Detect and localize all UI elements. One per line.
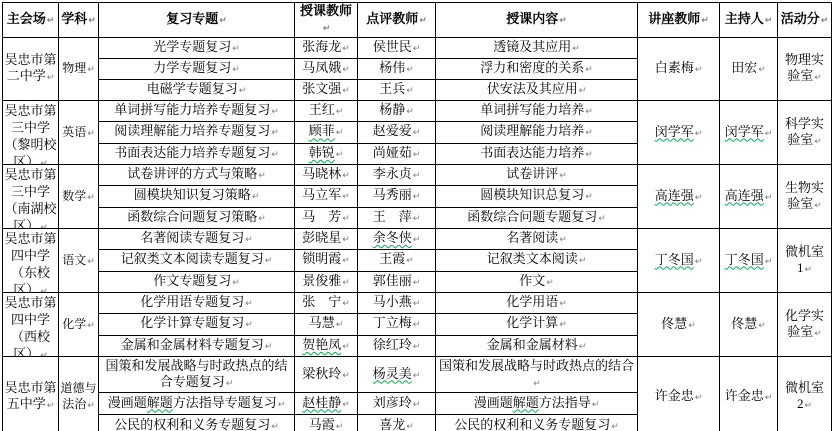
paragraph-mark-icon: ↵ (533, 379, 541, 389)
cell-venue[interactable]: 吴忠市第 三中学 （南湖校 区）↵ (3, 165, 59, 229)
cell-reviewer[interactable]: 王兵↵ (358, 80, 436, 101)
cell-lecturer[interactable]: 锁明霞↵ (295, 250, 358, 271)
cell-text: 公民的权利和义务专题复习 (114, 417, 270, 431)
paragraph-mark-icon: ↵ (265, 342, 273, 352)
cell-text: 彭晓星 (302, 230, 341, 245)
spellcheck-squiggle-text: 解题 (147, 395, 173, 410)
cell-text: 马晓林 (302, 166, 341, 181)
paragraph-mark-icon: ↵ (87, 129, 95, 139)
cell-content[interactable]: 化学计算↵ (436, 314, 638, 335)
cell-text: 物理 (62, 61, 86, 75)
paragraph-mark-icon: ↵ (765, 129, 773, 139)
paragraph-mark-icon: ↵ (342, 65, 350, 75)
paragraph-mark-icon: ↵ (572, 44, 580, 54)
cell-text: 佟慧 (731, 316, 757, 331)
document-canvas: 主会场↵学科↵复习专题↵授课教师↵点评教师↵授课内容↵讲座教师↵主持人↵活动分↵… (0, 0, 840, 431)
paragraph-mark-icon: ↵ (814, 201, 822, 211)
table-row: 吴忠市第 二中学↵物理↵光学专题复习↵张海龙↵侯世民↵透镜及其应用↵白素梅↵田宏… (3, 38, 832, 59)
cell-room[interactable]: 微机室 1↵ (778, 229, 832, 293)
cell-content[interactable]: 伏安法及其应用↵ (436, 80, 638, 101)
cell-text: 李永贞 (373, 166, 412, 181)
cell-text: 名著阅读 (506, 230, 558, 245)
cell-room[interactable]: 生物实 验室↵ (778, 165, 832, 229)
cell-venue[interactable]: 吴忠市第 五中学↵ (3, 357, 59, 431)
cell-content[interactable]: 化学用语↵ (436, 293, 638, 314)
cell-reviewer[interactable]: 尚娅茹↵ (358, 143, 436, 164)
paragraph-mark-icon: ↵ (559, 171, 567, 181)
col-header-speaker[interactable]: 讲座教师↵ (638, 3, 720, 38)
paragraph-mark-icon: ↵ (245, 299, 253, 309)
paragraph-mark-icon: ↵ (342, 44, 350, 54)
cell-text: 电磁学专题复习 (147, 81, 238, 96)
paragraph-mark-icon: ↵ (413, 150, 421, 160)
cell-text: 尚娅茹 (373, 145, 412, 160)
paragraph-mark-icon: ↵ (406, 256, 414, 266)
cell-content[interactable]: 名著阅读↵ (436, 229, 638, 250)
spellcheck-squiggle-text: 解题 (513, 395, 539, 410)
cell-lecturer[interactable]: 景俊雅↵ (295, 271, 358, 292)
cell-subject[interactable]: 语文↵ (59, 229, 99, 293)
cell-topic[interactable]: 光学专题复习↵ (99, 38, 295, 59)
paragraph-mark-icon: ↵ (413, 371, 421, 381)
cell-topic[interactable]: 作文专题复习↵ (99, 271, 295, 292)
paragraph-mark-icon: ↵ (695, 129, 703, 139)
paragraph-mark-icon: ↵ (413, 342, 421, 352)
paragraph-mark-icon: ↵ (265, 256, 273, 266)
cell-topic[interactable]: 圆模块知识复习策略↵ (99, 186, 295, 207)
cell-text: 单词拼写能力培养专题复习 (114, 102, 270, 117)
cell-text: 公民的权利和义务专题复习 (454, 417, 610, 431)
paragraph-mark-icon: ↵ (585, 128, 593, 138)
paragraph-mark-icon: ↵ (342, 214, 350, 224)
col-header-topic[interactable]: 复习专题↵ (99, 3, 295, 38)
paragraph-mark-icon: ↵ (342, 171, 350, 181)
venue-text-wrap: 吴忠市第 四中学 （东校 区）↵ (4, 229, 57, 292)
cell-reviewer[interactable]: 喜龙↵ (358, 415, 436, 431)
cell-text: 王红 (309, 102, 335, 117)
cell-room[interactable]: 科学实 验室↵ (778, 101, 832, 165)
cell-topic[interactable]: 力学专题复习↵ (99, 59, 295, 80)
cell-text: 赵爱爱 (373, 123, 412, 138)
cell-content[interactable]: 公民的权利和义务专题复习↵ (436, 415, 638, 431)
paragraph-mark-icon: ↵ (342, 192, 350, 202)
paragraph-mark-icon: ↵ (258, 171, 266, 181)
cell-text: 光学专题复习 (153, 39, 231, 54)
cell-content[interactable]: 单词拼写能力培养↵ (436, 101, 638, 122)
cell-text: 马 芳 (302, 209, 341, 224)
cell-text: 伏安法及其应用 (487, 81, 578, 96)
header-row: 主会场↵学科↵复习专题↵授课教师↵点评教师↵授课内容↵讲座教师↵主持人↵活动分↵ (3, 3, 832, 38)
cell-lecturer[interactable]: 马凤娥↵ (295, 59, 358, 80)
cell-text: 函数综合问题专题复习 (467, 209, 597, 224)
cell-lecturer[interactable]: 马立军↵ (295, 186, 358, 207)
cell-text: 徐红玲 (373, 337, 412, 352)
cell-host[interactable]: 闵学军↵ (720, 101, 778, 165)
cell-text: 闵学军 (655, 124, 694, 139)
paragraph-mark-icon: ↵ (695, 193, 703, 203)
cell-topic[interactable]: 记叙类文本阅读专题复习↵ (99, 250, 295, 271)
col-header-content[interactable]: 授课内容↵ (436, 3, 638, 38)
cell-topic[interactable]: 名著阅读专题复习↵ (99, 229, 295, 250)
cell-reviewer[interactable]: 赵爱爱↵ (358, 122, 436, 143)
schedule-table: 主会场↵学科↵复习专题↵授课教师↵点评教师↵授课内容↵讲座教师↵主持人↵活动分↵… (2, 2, 832, 431)
paragraph-mark-icon: ↵ (336, 128, 344, 138)
cell-topic[interactable]: 单词拼写能力培养专题复习↵ (99, 101, 295, 122)
cell-room[interactable]: 化学实 验室↵ (778, 293, 832, 357)
cell-host[interactable]: 许金忠↵ (720, 357, 778, 431)
cell-text: 化学用语 (506, 294, 558, 309)
paragraph-mark-icon: ↵ (758, 321, 766, 331)
paragraph-mark-icon: ↵ (804, 401, 812, 411)
paragraph-mark-icon: ↵ (579, 256, 587, 266)
cell-subject[interactable]: 物理↵ (59, 38, 99, 101)
cell-lecturer[interactable]: 马晓林↵ (295, 165, 358, 186)
cell-lecturer[interactable]: 赵桂静↵ (295, 393, 358, 415)
cell-text: 吴忠市第 四中学 （西校 区） (4, 295, 56, 356)
cell-text: 化学计算专题复习 (140, 315, 244, 330)
cell-text: 马凤娥 (302, 60, 341, 75)
cell-text: 讲座教师 (648, 11, 700, 26)
cell-text: 高连强 (725, 188, 764, 203)
cell-lecturer[interactable]: 马 芳↵ (295, 207, 358, 228)
paragraph-mark-icon: ↵ (598, 214, 606, 224)
cell-text: 授课内容 (506, 11, 558, 26)
cell-speaker[interactable]: 佟慧↵ (638, 293, 720, 357)
cell-content[interactable]: 书面表达能力培养↵ (436, 143, 638, 164)
paragraph-mark-icon: ↵ (611, 422, 619, 431)
cell-text: 贺艳凤 (302, 337, 341, 352)
cell-text: 许金忠 (725, 388, 764, 403)
cell-lecturer[interactable]: 顾菲↵ (295, 122, 358, 143)
paragraph-mark-icon: ↵ (695, 65, 703, 75)
cell-text: 复习专题 (166, 11, 218, 26)
col-header-lecturer[interactable]: 授课教师↵ (295, 3, 358, 38)
cell-topic[interactable]: 金属和金属材料专题复习↵ (99, 335, 295, 356)
cell-text: 锁明霞 (302, 251, 341, 266)
cell-reviewer[interactable]: 马秀丽↵ (358, 186, 436, 207)
paragraph-mark-icon: ↵ (413, 278, 421, 288)
cell-topic[interactable]: 阅读理解能力培养专题复习↵ (99, 122, 295, 143)
cell-content[interactable]: 透镜及其应用↵ (436, 38, 638, 59)
cell-topic[interactable]: 漫画题解题方法指导专题复习↵ (99, 393, 295, 415)
cell-text: 活动分 (781, 11, 820, 26)
paragraph-mark-icon: ↵ (336, 150, 344, 160)
cell-text: 作文 (519, 273, 545, 288)
cell-text: 点评教师 (366, 11, 418, 26)
col-header-subject[interactable]: 学科↵ (59, 3, 99, 38)
cell-content[interactable]: 漫画题解题方法指导↵ (436, 393, 638, 415)
paragraph-mark-icon: ↵ (413, 171, 421, 181)
cell-topic[interactable]: 函数综合问题复习策略↵ (99, 207, 295, 228)
cell-text: 记叙类文本阅读专题复习 (121, 251, 264, 266)
cell-text: 许金忠 (655, 388, 694, 403)
cell-text: 语文 (62, 253, 86, 267)
paragraph-mark-icon: ↵ (342, 400, 350, 410)
cell-content[interactable]: 阅读理解能力培养↵ (436, 122, 638, 143)
cell-text: 张海龙 (302, 39, 341, 54)
venue-text-wrap: 吴忠市第 三中学 （南湖校 区）↵ (4, 165, 57, 228)
cell-text: 郭佳丽 (373, 273, 412, 288)
cell-content[interactable]: 国策和发展战略与时政热点的结合↵ (436, 357, 638, 393)
paragraph-mark-icon: ↵ (413, 214, 421, 224)
cell-text: 单词拼写能力培养 (480, 102, 584, 117)
cell-lecturer[interactable]: 贺艳凤↵ (295, 335, 358, 356)
cell-text: 书面表达能力培养专题复习 (114, 145, 270, 160)
paragraph-mark-icon: ↵ (765, 393, 773, 403)
cell-text: 透镜及其应用 (493, 39, 571, 54)
cell-text: 化学 (62, 317, 86, 331)
col-header-room[interactable]: 活动分↵ (778, 3, 832, 38)
paragraph-mark-icon: ↵ (40, 287, 48, 292)
paragraph-mark-icon: ↵ (688, 321, 696, 331)
paragraph-mark-icon: ↵ (413, 128, 421, 138)
paragraph-mark-icon: ↵ (252, 192, 260, 202)
col-header-venue[interactable]: 主会场↵ (3, 3, 59, 38)
cell-venue[interactable]: 吴忠市第 四中学 （西校 区）↵ (3, 293, 59, 357)
paragraph-mark-icon: ↵ (559, 320, 567, 330)
cell-lecturer[interactable]: 韩锐↵ (295, 143, 358, 164)
cell-speaker[interactable]: 许金忠↵ (638, 357, 720, 431)
cell-text: 张 宁 (302, 294, 341, 309)
paragraph-mark-icon: ↵ (258, 214, 266, 224)
cell-text: 浮力和密度的关系 (480, 60, 584, 75)
paragraph-mark-icon: ↵ (546, 278, 554, 288)
paragraph-mark-icon: ↵ (814, 329, 822, 339)
cell-reviewer[interactable]: 刘彦玲↵ (358, 393, 436, 415)
cell-topic[interactable]: 公民的权利和义务专题复习↵ (99, 415, 295, 431)
cell-text: 马小燕 (373, 294, 412, 309)
cell-content[interactable]: 金属和金属材料↵ (436, 335, 638, 356)
paragraph-mark-icon: ↵ (336, 422, 344, 431)
cell-content[interactable]: 浮力和密度的关系↵ (436, 59, 638, 80)
paragraph-mark-icon: ↵ (245, 235, 253, 245)
venue-text-wrap: 主会场↵ (5, 11, 56, 29)
paragraph-mark-icon: ↵ (232, 278, 240, 288)
col-header-host[interactable]: 主持人↵ (720, 3, 778, 38)
paragraph-mark-icon: ↵ (232, 65, 240, 75)
paragraph-mark-icon: ↵ (814, 73, 822, 83)
cell-text: 王兵 (379, 81, 405, 96)
paragraph-mark-icon: ↵ (559, 299, 567, 309)
cell-topic[interactable]: 国策和发展战略与时政热点的结 合专题复习↵ (99, 357, 295, 393)
cell-reviewer[interactable]: 杨静↵ (358, 101, 436, 122)
cell-text: 圆模块知识复习策略 (134, 187, 251, 202)
cell-topic[interactable]: 电磁学专题复习↵ (99, 80, 295, 101)
paragraph-mark-icon: ↵ (559, 235, 567, 245)
cell-text: 化学计算 (506, 315, 558, 330)
cell-content[interactable]: 函数综合问题专题复习↵ (436, 207, 638, 228)
cell-subject[interactable]: 数学↵ (59, 165, 99, 229)
cell-text: 授课教师 (300, 3, 352, 18)
cell-topic[interactable]: 化学计算专题复习↵ (99, 314, 295, 335)
paragraph-mark-icon: ↵ (814, 137, 822, 147)
cell-text: 金属和金属材料专题复习 (121, 337, 264, 352)
venue-text-wrap: 吴忠市第 三中学 （黎明校 区）↵ (4, 101, 57, 164)
cell-text: 国策和发展战略与时政热点的结合 (439, 358, 634, 373)
cell-reviewer[interactable]: 余冬侠↵ (358, 229, 436, 250)
paragraph-mark-icon: ↵ (413, 44, 421, 54)
cell-reviewer[interactable]: 马小燕↵ (358, 293, 436, 314)
paragraph-mark-icon: ↵ (87, 193, 95, 203)
paragraph-mark-icon: ↵ (342, 371, 350, 381)
paragraph-mark-icon: ↵ (271, 422, 279, 431)
cell-text: 试卷讲评的方式与策略 (127, 166, 257, 181)
paragraph-mark-icon: ↵ (579, 342, 587, 352)
cell-lecturer[interactable]: 张文强↵ (295, 80, 358, 101)
cell-text: 学科 (61, 11, 87, 26)
cell-lecturer[interactable]: 张海龙↵ (295, 38, 358, 59)
cell-text: 金属和金属材料 (487, 337, 578, 352)
cell-text: 马慧 (309, 315, 335, 330)
cell-text: 韩锐 (309, 145, 335, 160)
paragraph-mark-icon: ↵ (585, 150, 593, 160)
col-header-reviewer[interactable]: 点评教师↵ (358, 3, 436, 38)
cell-lecturer[interactable]: 张 宁↵ (295, 293, 358, 314)
cell-topic[interactable]: 化学用语专题复习↵ (99, 293, 295, 314)
paragraph-mark-icon: ↵ (342, 278, 350, 288)
paragraph-mark-icon: ↵ (47, 16, 55, 26)
cell-text: 作文专题复习 (153, 273, 231, 288)
cell-venue[interactable]: 吴忠市第 二中学↵ (3, 38, 59, 101)
cell-text: 数学 (62, 189, 86, 203)
cell-lecturer[interactable]: 王红↵ (295, 101, 358, 122)
cell-text: 丁立梅 (373, 315, 412, 330)
cell-text: 佟慧 (661, 316, 687, 331)
paragraph-mark-icon: ↵ (40, 223, 48, 228)
paragraph-mark-icon: ↵ (413, 299, 421, 309)
paragraph-mark-icon: ↵ (342, 342, 350, 352)
cell-subject[interactable]: 道德与 法治↵ (59, 357, 99, 431)
cell-text: 漫画题解题方法指导 (474, 395, 591, 410)
cell-text: 景俊雅 (302, 273, 341, 288)
table-row: 吴忠市第 五中学↵道德与 法治↵国策和发展战略与时政热点的结 合专题复习↵梁秋玲… (3, 357, 832, 393)
paragraph-mark-icon: ↵ (419, 16, 427, 26)
cell-reviewer[interactable]: 侯世民↵ (358, 38, 436, 59)
table-row: 吴忠市第 三中学 （黎明校 区）↵英语↵单词拼写能力培养专题复习↵王红↵杨静↵单… (3, 101, 832, 122)
cell-topic[interactable]: 试卷讲评的方式与策略↵ (99, 165, 295, 186)
paragraph-mark-icon: ↵ (585, 65, 593, 75)
cell-venue[interactable]: 吴忠市第 四中学 （东校 区）↵ (3, 229, 59, 293)
cell-topic[interactable]: 书面表达能力培养专题复习↵ (99, 143, 295, 164)
cell-host[interactable]: 高连强↵ (720, 165, 778, 229)
cell-venue[interactable]: 吴忠市第 三中学 （黎明校 区）↵ (3, 101, 59, 165)
paragraph-mark-icon: ↵ (271, 107, 279, 117)
cell-speaker[interactable]: 丁冬国↵ (638, 229, 720, 293)
cell-text: 试卷讲评 (506, 166, 558, 181)
cell-text: 漫画题解题方法指导专题复习 (108, 395, 277, 410)
paragraph-mark-icon: ↵ (40, 159, 48, 164)
cell-text: 白素梅 (655, 60, 694, 75)
cell-speaker[interactable]: 白素梅↵ (638, 38, 720, 101)
paragraph-mark-icon: ↵ (342, 256, 350, 266)
paragraph-mark-icon: ↵ (585, 107, 593, 117)
table-row: 吴忠市第 四中学 （东校 区）↵语文↵名著阅读专题复习↵彭晓星↵余冬侠↵名著阅读… (3, 229, 832, 250)
cell-reviewer[interactable]: 杨伟↵ (358, 59, 436, 80)
paragraph-mark-icon: ↵ (413, 235, 421, 245)
cell-text: 顾菲 (309, 123, 335, 138)
paragraph-mark-icon: ↵ (765, 193, 773, 203)
cell-text: 吴忠市第 三中学 （南湖校 区） (4, 167, 56, 228)
cell-text: 喜龙 (379, 417, 405, 431)
cell-text: 杨灵美 (373, 366, 412, 381)
cell-content[interactable]: 圆模块知识总复习↵ (436, 186, 638, 207)
cell-subject[interactable]: 英语↵ (59, 101, 99, 165)
paragraph-mark-icon: ↵ (579, 86, 587, 96)
cell-text: 记叙类文本阅读 (487, 251, 578, 266)
cell-reviewer[interactable]: 徐红玲↵ (358, 335, 436, 356)
paragraph-mark-icon: ↵ (701, 16, 709, 26)
paragraph-mark-icon: ↵ (87, 257, 95, 267)
cell-lecturer[interactable]: 彭晓星↵ (295, 229, 358, 250)
paragraph-mark-icon: ↵ (271, 128, 279, 138)
paragraph-mark-icon: ↵ (559, 16, 567, 26)
cell-speaker[interactable]: 高连强↵ (638, 165, 720, 229)
cell-lecturer[interactable]: 马慧↵ (295, 314, 358, 335)
cell-text: 丁冬国 (725, 252, 764, 267)
cell-reviewer[interactable]: 王霞↵ (358, 250, 436, 271)
paragraph-mark-icon: ↵ (821, 16, 829, 26)
paragraph-mark-icon: ↵ (219, 16, 227, 26)
cell-text: 侯世民 (373, 39, 412, 54)
cell-content[interactable]: 作文↵ (436, 271, 638, 292)
cell-subject[interactable]: 化学↵ (59, 293, 99, 357)
cell-text: 张文强 (302, 81, 341, 96)
paragraph-mark-icon: ↵ (406, 107, 414, 117)
cell-text: 丁冬国 (655, 252, 694, 267)
cell-reviewer[interactable]: 王 萍↵ (358, 207, 436, 228)
cell-reviewer[interactable]: 郭佳丽↵ (358, 271, 436, 292)
paragraph-mark-icon: ↵ (758, 65, 766, 75)
venue-text-wrap: 吴忠市第 五中学↵ (4, 380, 57, 414)
cell-reviewer[interactable]: 杨灵美↵ (358, 357, 436, 393)
paragraph-mark-icon: ↵ (765, 257, 773, 267)
cell-lecturer[interactable]: 梁秋玲↵ (295, 357, 358, 393)
paragraph-mark-icon: ↵ (342, 235, 350, 245)
cell-host[interactable]: 佟慧↵ (720, 293, 778, 357)
cell-content[interactable]: 记叙类文本阅读↵ (436, 250, 638, 271)
paragraph-mark-icon: ↵ (413, 192, 421, 202)
paragraph-mark-icon: ↵ (323, 24, 331, 34)
paragraph-mark-icon: ↵ (239, 86, 247, 96)
paragraph-mark-icon: ↵ (87, 401, 95, 411)
cell-text: 主会场 (7, 11, 46, 26)
cell-speaker[interactable]: 闵学军↵ (638, 101, 720, 165)
cell-reviewer[interactable]: 李永贞↵ (358, 165, 436, 186)
cell-text: 圆模块知识总复习 (480, 187, 584, 202)
paragraph-mark-icon: ↵ (226, 379, 234, 389)
cell-text: 田宏 (731, 60, 757, 75)
cell-host[interactable]: 丁冬国↵ (720, 229, 778, 293)
cell-host[interactable]: 田宏↵ (720, 38, 778, 101)
paragraph-mark-icon: ↵ (87, 321, 95, 331)
paragraph-mark-icon: ↵ (695, 257, 703, 267)
cell-room[interactable]: 微机室 2↵ (778, 357, 832, 431)
cell-content[interactable]: 试卷讲评↵ (436, 165, 638, 186)
paragraph-mark-icon: ↵ (413, 320, 421, 330)
cell-reviewer[interactable]: 丁立梅↵ (358, 314, 436, 335)
paragraph-mark-icon: ↵ (406, 422, 414, 431)
paragraph-mark-icon: ↵ (271, 150, 279, 160)
paragraph-mark-icon: ↵ (406, 65, 414, 75)
cell-room[interactable]: 物理实 验室↵ (778, 38, 832, 101)
cell-lecturer[interactable]: 马霞↵ (295, 415, 358, 431)
cell-text: 杨静 (379, 102, 405, 117)
paragraph-mark-icon: ↵ (585, 192, 593, 202)
cell-text: 刘彦玲 (373, 395, 412, 410)
paragraph-mark-icon: ↵ (245, 320, 253, 330)
cell-text: 阅读理解能力培养 (480, 123, 584, 138)
paragraph-mark-icon: ↵ (278, 400, 286, 410)
